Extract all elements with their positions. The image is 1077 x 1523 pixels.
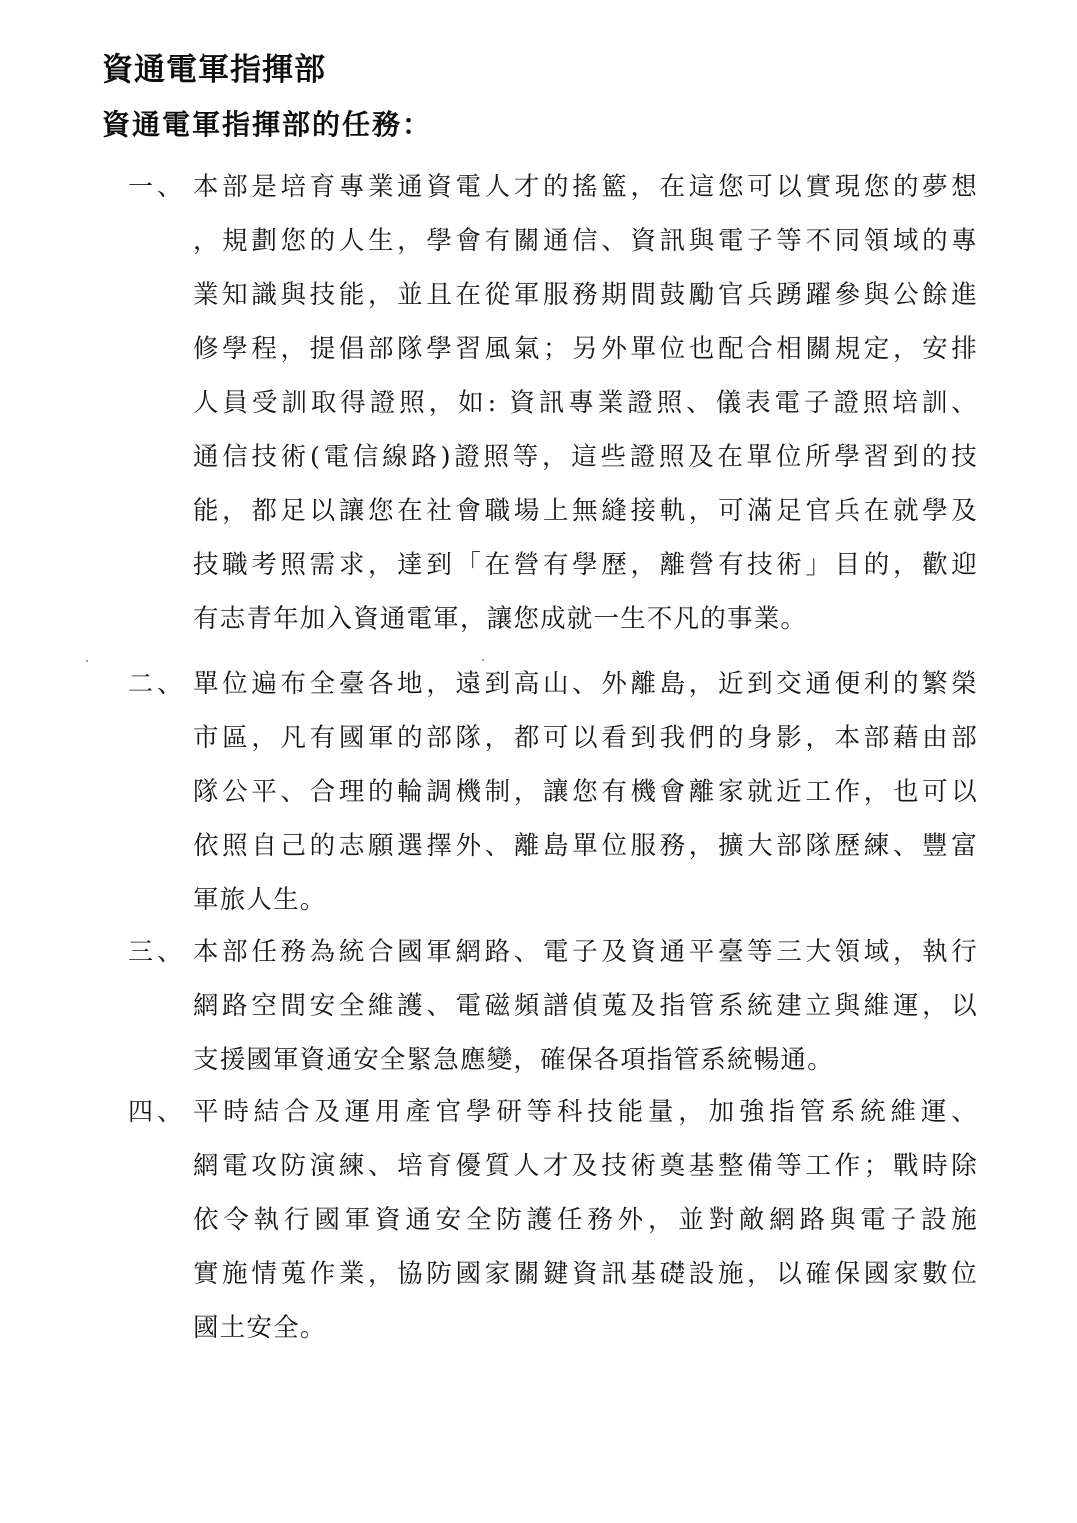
- text-line: 有志青年加入資通電軍，讓您成就一生不凡的事業。: [193, 592, 978, 646]
- item-marker: 三、: [128, 925, 186, 979]
- item-body: 單位遍布全臺各地，遠到高山、外離島，近到交通便利的繁榮 市區，凡有國軍的部隊，都…: [193, 657, 978, 927]
- text-line: 國土安全。: [193, 1301, 978, 1355]
- text-line: 隊公平、合理的輪調機制，讓您有機會離家就近工作，也可以: [193, 765, 978, 819]
- text-line: 軍旅人生。: [193, 873, 978, 927]
- scan-speck: [482, 659, 484, 661]
- text-line: 支援國軍資通安全緊急應變，確保各項指管系統暢通。: [193, 1033, 978, 1087]
- text-line: 依令執行國軍資通安全防護任務外，並對敵網路與電子設施: [193, 1193, 978, 1247]
- page-title: 資通電軍指揮部: [102, 48, 326, 92]
- text-line: 本部是培育專業通資電人才的搖籃，在這您可以實現您的夢想: [193, 160, 978, 214]
- text-line: 網電攻防演練、培育優質人才及技術奠基整備等工作；戰時除: [193, 1139, 978, 1193]
- item-body: 平時結合及運用產官學研等科技能量，加強指管系統維運、 網電攻防演練、培育優質人才…: [193, 1085, 978, 1355]
- text-line: 實施情蒐作業，協防國家關鍵資訊基礎設施，以確保國家數位: [193, 1247, 978, 1301]
- scan-speck: [86, 660, 88, 662]
- text-line: 技職考照需求，達到「在營有學歷，離營有技術」目的，歡迎: [193, 538, 978, 592]
- item-body: 本部是培育專業通資電人才的搖籃，在這您可以實現您的夢想 ，規劃您的人生，學會有關…: [193, 160, 978, 646]
- section-heading: 資通電軍指揮部的任務：: [102, 103, 432, 147]
- text-line: 市區，凡有國軍的部隊，都可以看到我們的身影，本部藉由部: [193, 711, 978, 765]
- text-line: 單位遍布全臺各地，遠到高山、外離島，近到交通便利的繁榮: [193, 657, 978, 711]
- item-marker: 一、: [128, 160, 186, 214]
- text-line: 修學程，提倡部隊學習風氣；另外單位也配合相關規定，安排: [193, 322, 978, 376]
- text-line: 網路空間安全維護、電磁頻譜偵蒐及指管系統建立與維運，以: [193, 979, 978, 1033]
- item-body: 本部任務為統合國軍網路、電子及資通平臺等三大領域，執行 網路空間安全維護、電磁頻…: [193, 925, 978, 1087]
- document-page: 資通電軍指揮部 資通電軍指揮部的任務： 一、 本部是培育專業通資電人才的搖籃，在…: [0, 0, 1077, 1523]
- text-line: 能，都足以讓您在社會職場上無縫接軌，可滿足官兵在就學及: [193, 484, 978, 538]
- text-line: 通信技術(電信線路)證照等，這些證照及在單位所學習到的技: [193, 430, 978, 484]
- text-line: 業知識與技能，並且在從軍服務期間鼓勵官兵踴躍參與公餘進: [193, 268, 978, 322]
- item-marker: 四、: [128, 1085, 186, 1139]
- text-line: 人員受訓取得證照，如: 資訊專業證照、儀表電子證照培訓、: [193, 376, 978, 430]
- text-line: 依照自己的志願選擇外、離島單位服務，擴大部隊歷練、豐富: [193, 819, 978, 873]
- text-line: 平時結合及運用產官學研等科技能量，加強指管系統維運、: [193, 1085, 978, 1139]
- item-marker: 二、: [128, 657, 186, 711]
- text-line: ，規劃您的人生，學會有關通信、資訊與電子等不同領域的專: [193, 214, 978, 268]
- text-line: 本部任務為統合國軍網路、電子及資通平臺等三大領域，執行: [193, 925, 978, 979]
